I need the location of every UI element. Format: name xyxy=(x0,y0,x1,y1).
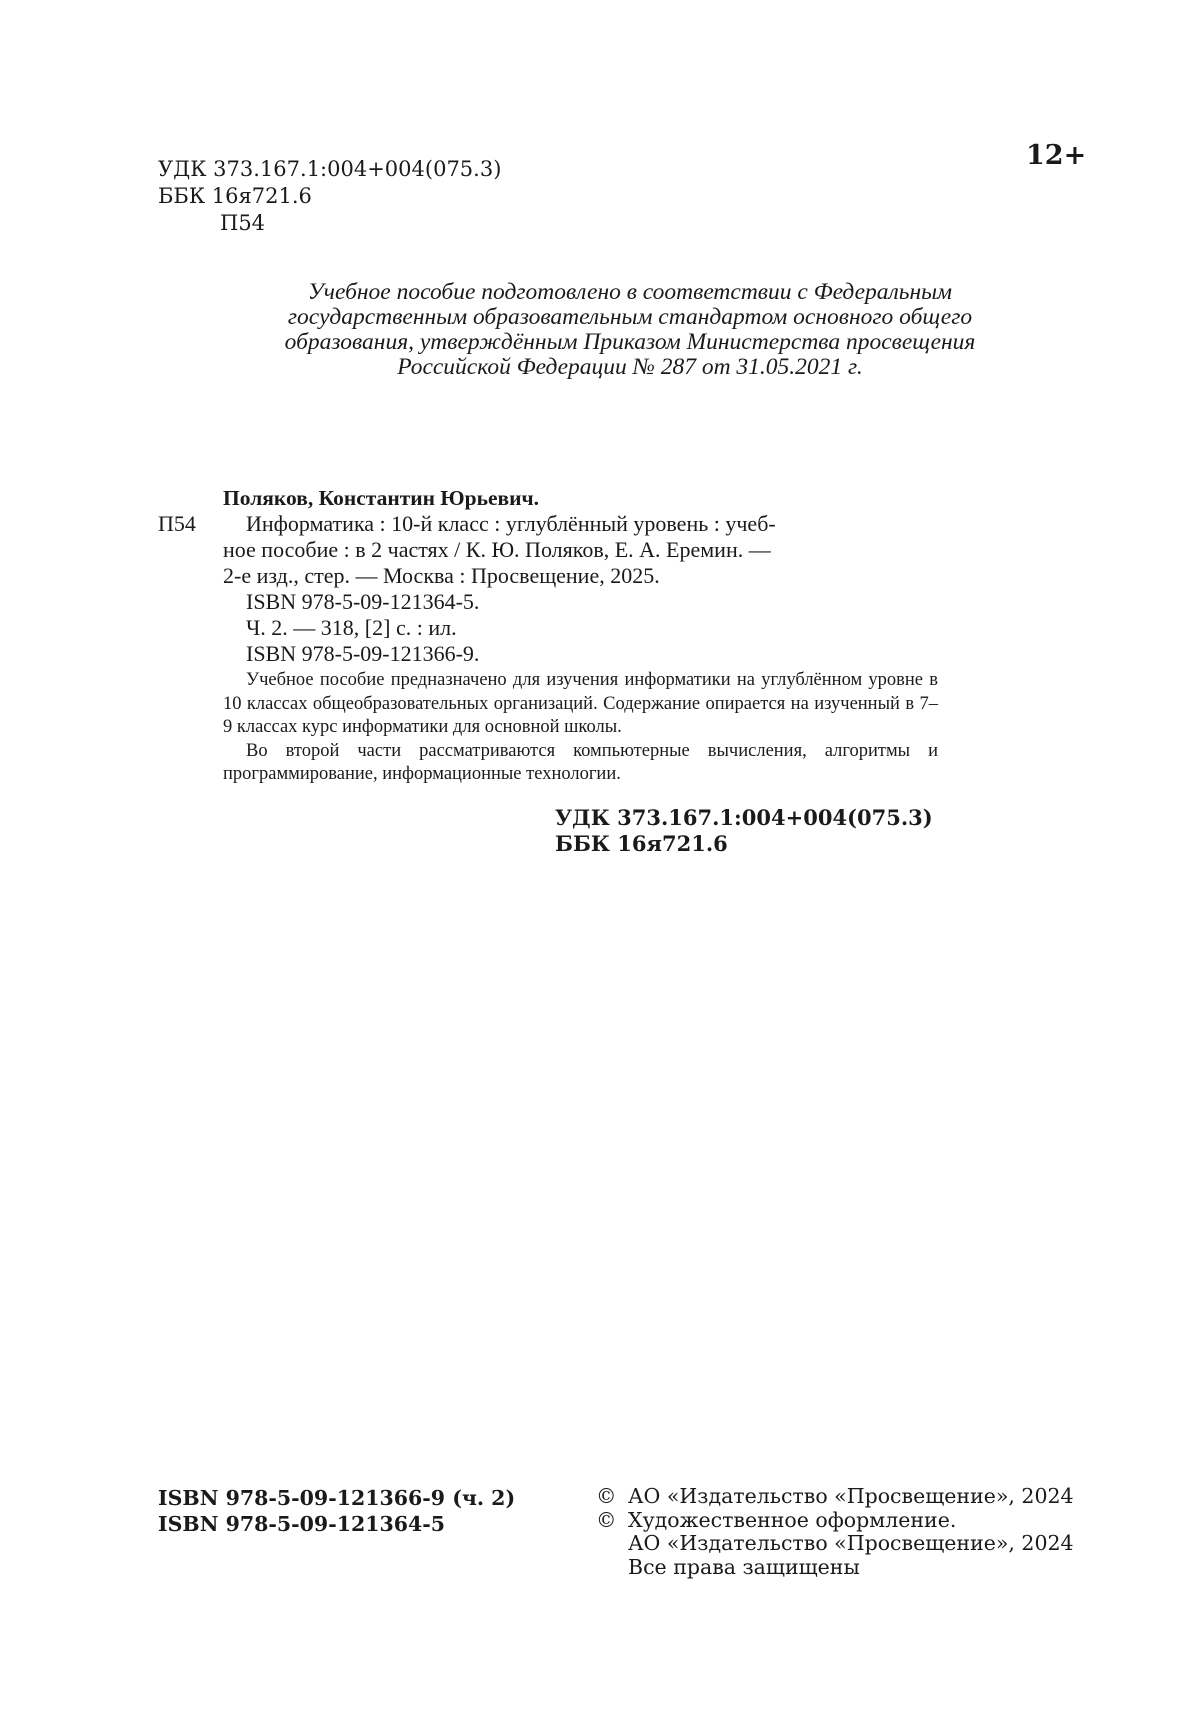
author-heading: Поляков, Константин Юрьевич. xyxy=(223,485,938,511)
isbn: ISBN 978-5-09-121364-5 xyxy=(158,1511,515,1537)
title-line: ное пособие : в 2 частях / К. Ю. Поляков… xyxy=(223,537,938,563)
title-line: 2-е изд., стер. — Москва : Просвещение, … xyxy=(223,563,938,589)
fgos-line: Учебное пособие подготовлено в соответст… xyxy=(180,280,1080,305)
udk-code: УДК 373.167.1:004+004(075.3) xyxy=(158,156,501,183)
copyright-line: АО «Издательство «Просвещение», 2024 xyxy=(628,1485,1074,1509)
age-rating: 12+ xyxy=(1026,140,1086,171)
copyright-line: Художественное оформление. xyxy=(628,1509,956,1533)
fgos-compliance-note: Учебное пособие подготовлено в соответст… xyxy=(180,280,1080,380)
isbn: ISBN 978-5-09-121366-9 (ч. 2) xyxy=(158,1485,515,1511)
copyright-icon: © xyxy=(596,1509,628,1533)
isbn-list: ISBN 978-5-09-121366-9 (ч. 2) ISBN 978-5… xyxy=(158,1485,515,1537)
part-info: Ч. 2. — 318, [2] с. : ил. xyxy=(246,615,938,641)
isbn-general: ISBN 978-5-09-121364-5. xyxy=(246,589,938,615)
title-line: Информатика : 10-й класс : углублённый у… xyxy=(246,511,938,537)
fgos-line: образования, утверждённым Приказом Минис… xyxy=(180,330,1080,355)
udk-code: УДК 373.167.1:004+004(075.3) xyxy=(555,805,933,831)
rights-reserved: Все права защищены xyxy=(628,1556,860,1580)
annotation-paragraph: Учебное пособие предназначено для изучен… xyxy=(223,669,938,740)
author-mark: П54 xyxy=(158,511,196,537)
classification-codes-record: УДК 373.167.1:004+004(075.3) ББК 16я721.… xyxy=(555,805,933,857)
copyright-line: АО «Издательство «Просвещение», 2024 xyxy=(628,1532,1074,1556)
copyright-icon: © xyxy=(596,1485,628,1509)
title-block: П54 Информатика : 10-й класс : углублённ… xyxy=(158,511,938,667)
classification-codes-header: УДК 373.167.1:004+004(075.3) ББК 16я721.… xyxy=(158,156,501,237)
bbk-code: ББК 16я721.6 xyxy=(555,831,933,857)
bbk-code: ББК 16я721.6 xyxy=(158,183,501,210)
author-mark: П54 xyxy=(158,210,501,237)
annotation-paragraph: Во второй части рассматриваются компьюте… xyxy=(223,740,938,787)
annotation: Учебное пособие предназначено для изучен… xyxy=(223,669,938,787)
fgos-line: государственным образовательным стандарт… xyxy=(180,305,1080,330)
isbn-part: ISBN 978-5-09-121366-9. xyxy=(246,641,938,667)
copyright-block: © АО «Издательство «Просвещение», 2024 ©… xyxy=(596,1485,1074,1579)
bibliographic-record: Поляков, Константин Юрьевич. П54 Информа… xyxy=(158,485,938,787)
fgos-line: Российской Федерации № 287 от 31.05.2021… xyxy=(180,355,1080,380)
